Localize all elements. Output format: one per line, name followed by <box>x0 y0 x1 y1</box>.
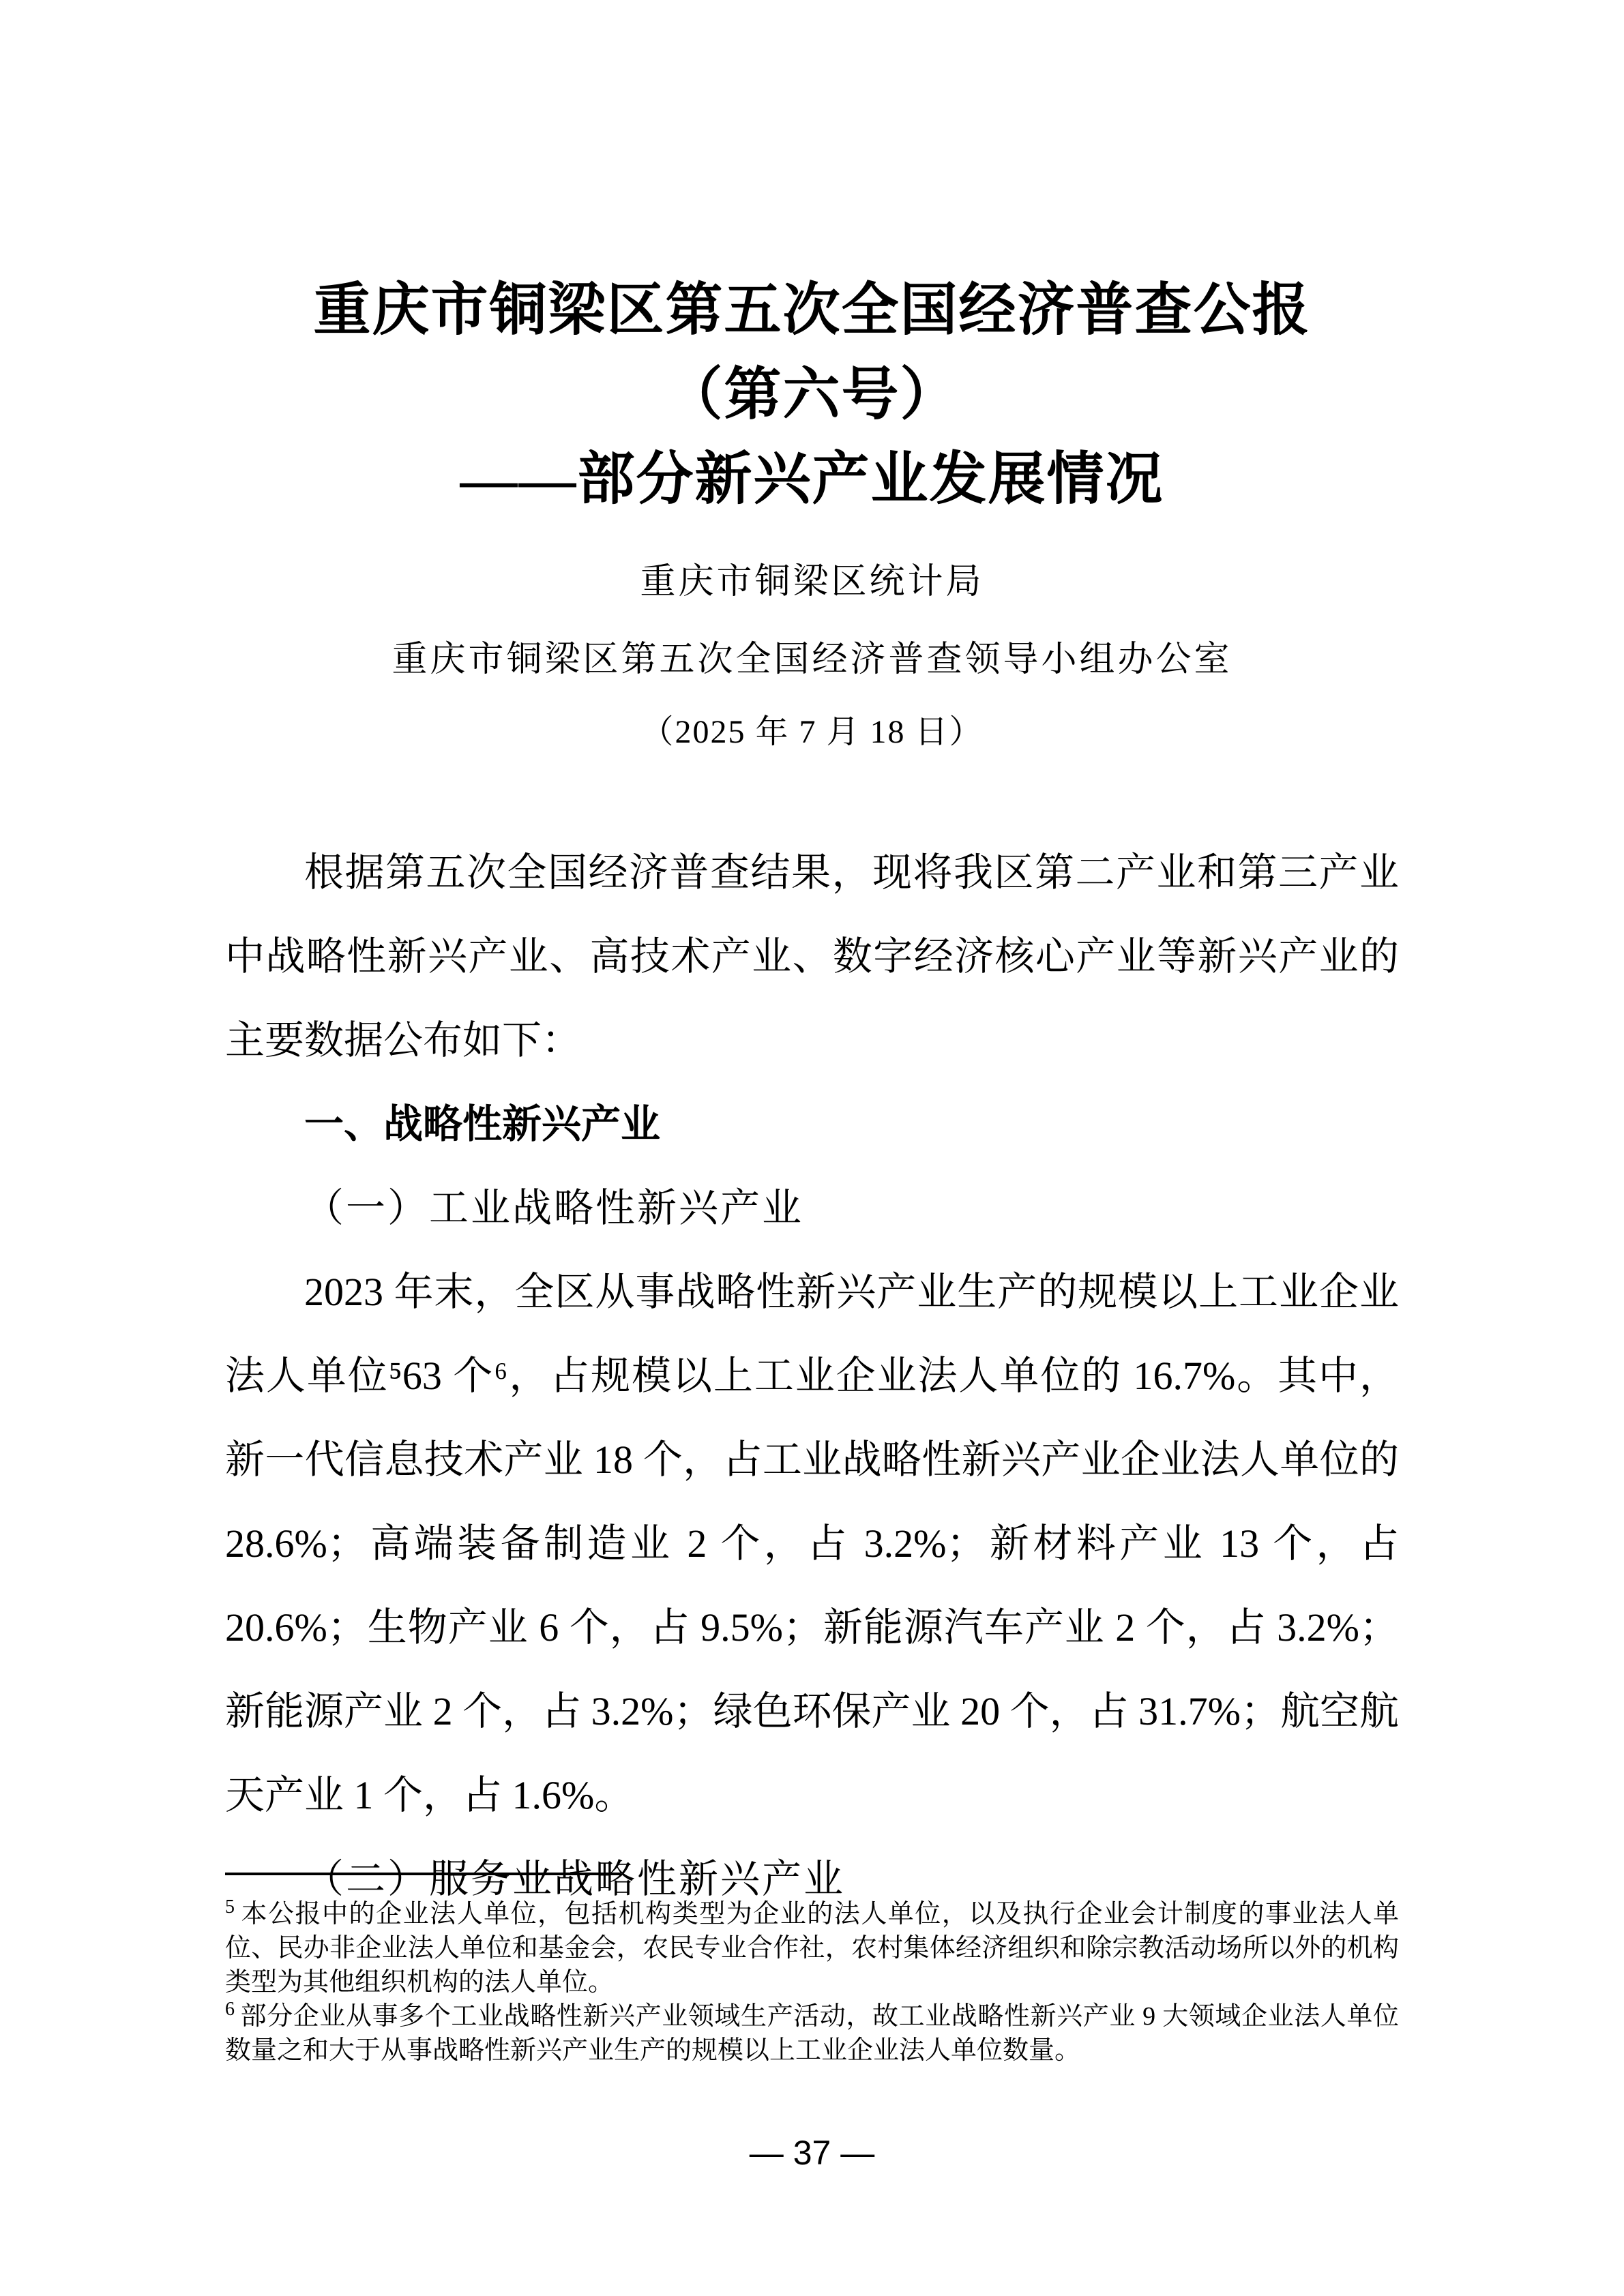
footnote-5: 5本公报中的企业法人单位，包括机构类型为企业的法人单位，以及执行企业会计制度的事… <box>225 1897 1399 1999</box>
document-page: 重庆市铜梁区第五次全国经济普查公报 （第六号） ——部分新兴产业发展情况 重庆市… <box>0 0 1624 2296</box>
title-line-3: ——部分新兴产业发展情况 <box>225 438 1399 522</box>
footnote-6: 6部分企业从事多个工业战略性新兴产业领域生产活动，故工业战略性新兴产业 9 大领… <box>225 1999 1399 2068</box>
document-body: 根据第五次全国经济普查结果，现将我区第二产业和第三产业中战略性新兴产业、高技术产… <box>225 831 1399 1921</box>
title-line-2: （第六号） <box>225 353 1399 438</box>
issuing-org-census-leading-group-office: 重庆市铜梁区第五次全国经济普查领导小组办公室 <box>225 640 1399 681</box>
industrial-strategic-emerging-paragraph: 2023 年末，全区从事战略性新兴产业生产的规模以上工业企业法人单位⁵63 个⁶… <box>225 1250 1399 1837</box>
footnote-5-marker: 5 <box>225 1896 240 1918</box>
footnote-6-text: 部分企业从事多个工业战略性新兴产业领域生产活动，故工业战略性新兴产业 9 大领域… <box>225 2002 1399 2065</box>
section-heading-strategic-emerging-industries: 一、战略性新兴产业 <box>225 1082 1399 1166</box>
footnote-divider <box>225 1873 621 1875</box>
document-header: 重庆市铜梁区第五次全国经济普查公报 （第六号） ——部分新兴产业发展情况 重庆市… <box>225 38 1399 751</box>
title-line-1: 重庆市铜梁区第五次全国经济普查公报 <box>225 269 1399 353</box>
footnote-5-text: 本公报中的企业法人单位，包括机构类型为企业的法人单位，以及执行企业会计制度的事业… <box>225 1900 1399 1997</box>
publication-date: （2025 年 7 月 18 日） <box>225 713 1399 751</box>
issuing-org-statistics-bureau: 重庆市铜梁区统计局 <box>225 562 1399 603</box>
page-number: — 37 — <box>0 2133 1624 2173</box>
intro-paragraph: 根据第五次全国经济普查结果，现将我区第二产业和第三产业中战略性新兴产业、高技术产… <box>225 831 1399 1082</box>
document-title: 重庆市铜梁区第五次全国经济普查公报 （第六号） ——部分新兴产业发展情况 <box>225 38 1399 522</box>
footnote-area: 5本公报中的企业法人单位，包括机构类型为企业的法人单位，以及执行企业会计制度的事… <box>225 1873 1399 2068</box>
footnote-6-marker: 6 <box>225 1999 240 2020</box>
subsection-heading-industrial-strategic-emerging: （一）工业战略性新兴产业 <box>225 1166 1399 1250</box>
